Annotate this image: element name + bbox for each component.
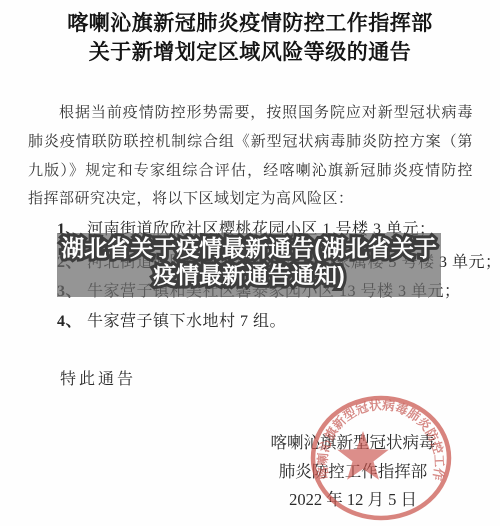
risk-list-item-4: 4、牛家营子镇下水地村 7 组。: [57, 308, 286, 331]
closing-text: 特此通告: [60, 366, 136, 389]
notice-document-page: 喀喇沁旗新冠肺炎疫情防控工作指挥部 关于新增划定区域风险等级的通告 根据当前疫情…: [0, 0, 500, 526]
notice-body-paragraph: 根据当前疫情防控形势需要，按照国务院应对新型冠状病毒 肺炎疫情联防联控机制综合组…: [28, 99, 473, 214]
watermark-line-1: 湖北省关于疫情最新通告(湖北省关于: [61, 235, 437, 262]
body-line: 肺炎疫情联防联控机制综合组《新型冠状病毒肺炎防控方案（第: [28, 128, 473, 157]
notice-title-line-1: 喀喇沁旗新冠肺炎疫情防控工作指挥部: [0, 9, 500, 38]
official-seal: 喀喇沁旗新型冠状病毒肺炎防控工作指挥部: [306, 393, 456, 525]
seal-ring-text: 喀喇沁旗新型冠状病毒肺炎防控工作指挥部: [306, 393, 447, 482]
body-line: 根据当前疫情防控形势需要，按照国务院应对新型冠状病毒: [28, 99, 473, 128]
notice-title: 喀喇沁旗新冠肺炎疫情防控工作指挥部 关于新增划定区域风险等级的通告: [0, 9, 500, 67]
notice-title-line-2: 关于新增划定区域风险等级的通告: [0, 38, 500, 67]
watermark-line-2: 疫情最新通告通知): [153, 262, 345, 289]
list-item-number: 4、: [57, 313, 82, 330]
seal-star-icon: [337, 431, 388, 480]
body-line: 指挥部研究决定，将以下区域划定为高风险区：: [28, 185, 473, 214]
watermark-overlay: 湖北省关于疫情最新通告(湖北省关于 疫情最新通告通知): [57, 233, 441, 297]
seal-ring-circle: [313, 398, 449, 518]
svg-text:喀喇沁旗新型冠状病毒肺炎防控工作指挥部: 喀喇沁旗新型冠状病毒肺炎防控工作指挥部: [306, 393, 447, 482]
list-item-text: 牛家营子镇下水地村 7 组。: [87, 313, 286, 330]
body-line: 九版）》规定和专家组综合评估，经喀喇沁旗新冠肺炎疫情防控: [28, 157, 473, 186]
